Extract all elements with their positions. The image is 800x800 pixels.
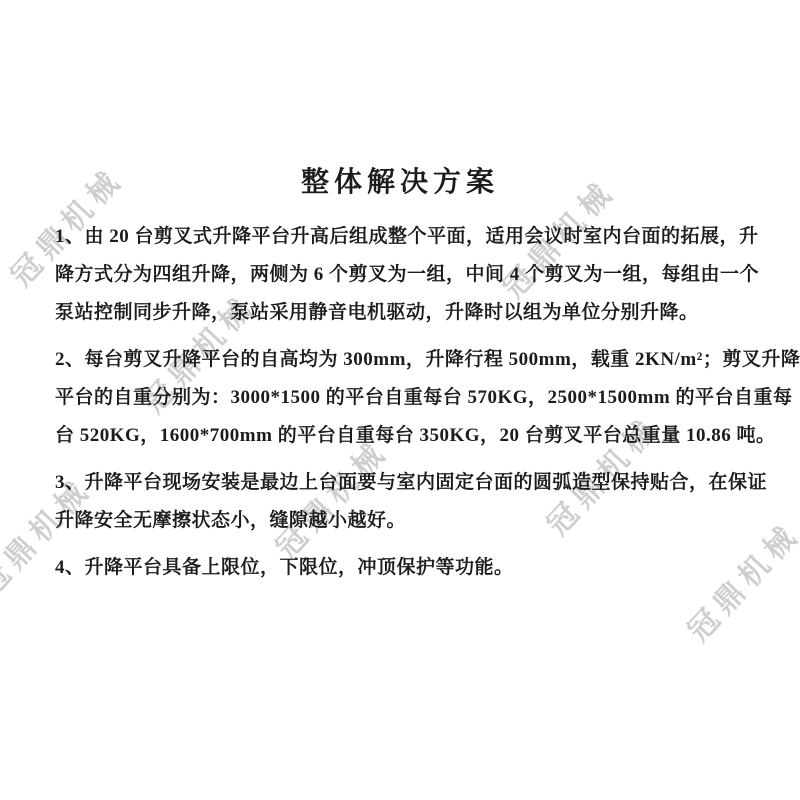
paragraph-3: 3、升降平台现场安装是最边上台面要与室内固定台面的圆弧造型保持贴合，在保证 升降… <box>55 464 745 540</box>
paragraph-line: 台 520KG，1600*700mm 的平台自重每台 350KG，20 台剪叉平… <box>55 417 745 455</box>
paragraph-line: 平台的自重分别为：3000*1500 的平台自重每台 570KG，2500*15… <box>55 379 745 417</box>
document-content: 整体解决方案 1、由 20 台剪叉式升降平台升高后组成整个平面，适用会议时室内台… <box>0 0 800 587</box>
paragraph-line: 降方式分为四组升降，两侧为 6 个剪叉为一组，中间 4 个剪叉为一组，每组由一个 <box>55 256 745 294</box>
paragraph-line: 1、由 20 台剪叉式升降平台升高后组成整个平面，适用会议时室内台面的拓展，升 <box>55 218 745 256</box>
paragraph-2: 2、每台剪叉升降平台的自高均为 300mm，升降行程 500mm，载重 2KN/… <box>55 341 745 455</box>
paragraph-line: 3、升降平台现场安装是最边上台面要与室内固定台面的圆弧造型保持贴合，在保证 <box>55 464 745 502</box>
paragraph-line: 升降安全无摩擦状态小，缝隙越小越好。 <box>55 502 745 540</box>
paragraph-4: 4、升降平台具备上限位，下限位，冲顶保护等功能。 <box>55 549 745 587</box>
paragraph-line: 4、升降平台具备上限位，下限位，冲顶保护等功能。 <box>55 549 745 587</box>
paragraph-line: 泵站控制同步升降，泵站采用静音电机驱动，升降时以组为单位分别升降。 <box>55 294 745 332</box>
document-page: 冠鼎机械 冠鼎机械 冠鼎机械 冠鼎机械 冠鼎机械 冠鼎机械 冠鼎机械 整体解决方… <box>0 0 800 800</box>
paragraph-1: 1、由 20 台剪叉式升降平台升高后组成整个平面，适用会议时室内台面的拓展，升 … <box>55 218 745 332</box>
paragraph-line: 2、每台剪叉升降平台的自高均为 300mm，升降行程 500mm，载重 2KN/… <box>55 341 745 379</box>
document-title: 整体解决方案 <box>55 160 745 200</box>
